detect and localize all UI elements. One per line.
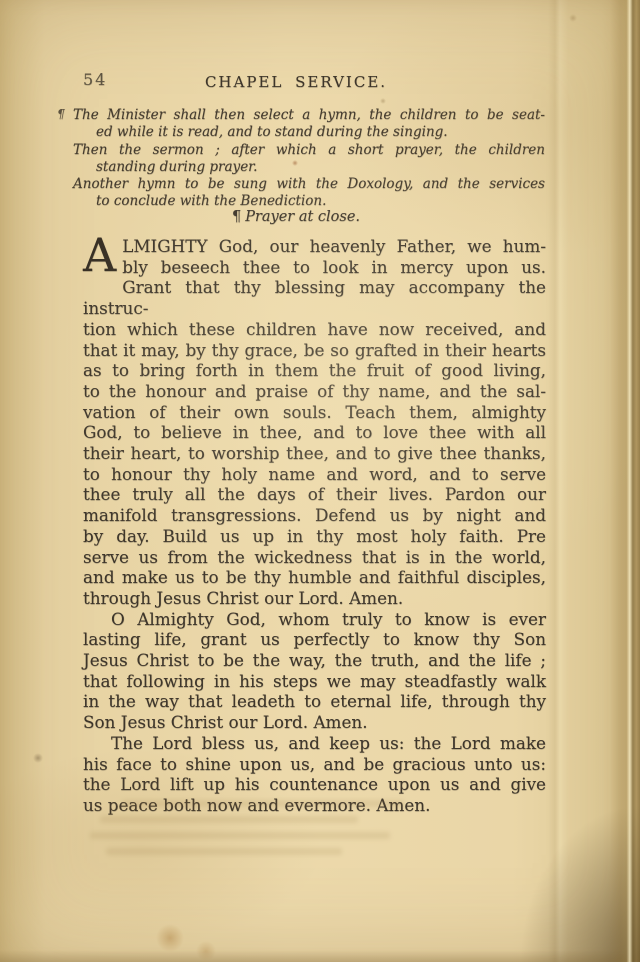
text-line: their heart, to worship thee, and to giv… bbox=[83, 443, 546, 464]
text-line: serve us from the wickedness that is in … bbox=[83, 547, 546, 568]
text-line: the Lord lift up his countenance upon us… bbox=[83, 774, 546, 795]
prayer-text-block: ALMIGHTY God, our heavenly Father, we hu… bbox=[83, 236, 546, 816]
text-line: O Almighty God, whom truly to know is ev… bbox=[83, 609, 546, 630]
text-line: through Jesus Christ our Lord. Amen. bbox=[83, 588, 546, 609]
running-header: CHAPEL SERVICE. bbox=[0, 73, 592, 91]
rubric-line: ¶The Minister shall then select a hymn, … bbox=[57, 107, 545, 124]
section-heading: ¶Prayer at close. bbox=[0, 209, 592, 225]
prayer-paragraph: O Almighty God, whom truly to know is ev… bbox=[83, 609, 546, 733]
text-line: us peace both now and evermore. Amen. bbox=[83, 795, 546, 816]
text-line: to honour thy holy name and word, and to… bbox=[83, 464, 546, 485]
text-line: Son Jesus Christ our Lord. Amen. bbox=[83, 712, 546, 733]
text-line: bly beseech thee to look in mercy upon u… bbox=[83, 257, 546, 278]
show-through-line bbox=[90, 832, 390, 839]
text-line: Jesus Christ to be the way, the truth, a… bbox=[83, 650, 546, 671]
text-line: vation of their own souls. Teach them, a… bbox=[83, 402, 546, 423]
text-line: and make us to be thy humble and faithfu… bbox=[83, 567, 546, 588]
pilcrow-glyph: ¶ bbox=[57, 106, 65, 123]
text-line: in the way that leadeth to eternal life,… bbox=[83, 691, 546, 712]
drop-cap: A bbox=[83, 236, 122, 278]
text-line: to the honour and praise of thy name, an… bbox=[83, 381, 546, 402]
rubric-line: Then the sermon ; after which a short pr… bbox=[57, 142, 545, 159]
section-heading-text: Prayer at close. bbox=[245, 209, 360, 225]
text-line: God, to believe in thee, and to love the… bbox=[83, 422, 546, 443]
show-through-line bbox=[106, 848, 342, 855]
dark-corner bbox=[510, 792, 640, 962]
rubric-line: standing during prayer. bbox=[57, 159, 545, 176]
text-line: his face to shine upon us, and be gracio… bbox=[83, 754, 546, 775]
page-bottom-edge bbox=[0, 950, 640, 962]
text-line: that following in his steps we may stead… bbox=[83, 671, 546, 692]
rubric-line: ed while it is read, and to stand during… bbox=[57, 124, 545, 141]
prayer-paragraph: The Lord bless us, and keep us: the Lord… bbox=[83, 733, 546, 816]
text-line: manifold transgressions. Defend us by ni… bbox=[83, 505, 546, 526]
text-line: LMIGHTY God, our heavenly Father, we hum… bbox=[83, 236, 546, 257]
book-page-edge bbox=[610, 0, 640, 962]
text-line: Grant that thy blessing may accompany th… bbox=[83, 277, 546, 318]
show-through-line bbox=[100, 816, 358, 823]
scanned-book-page: 54 CHAPEL SERVICE. ¶The Minister shall t… bbox=[0, 0, 640, 962]
page-crease bbox=[548, 0, 568, 962]
rubric-block: ¶The Minister shall then select a hymn, … bbox=[57, 107, 545, 211]
text-line: tion which these children have now recei… bbox=[83, 319, 546, 340]
text-line: lasting life, grant us perfectly to know… bbox=[83, 629, 546, 650]
pilcrow-glyph: ¶ bbox=[232, 209, 241, 225]
text-line: The Lord bless us, and keep us: the Lord… bbox=[83, 733, 546, 754]
text-line: by day. Build us up in thy most holy fai… bbox=[83, 526, 546, 547]
rubric-line: Another hymn to be sung with the Doxolog… bbox=[57, 176, 545, 193]
text-line: that it may, by thy grace, be so grafted… bbox=[83, 340, 546, 361]
text-line: as to bring forth in them the fruit of g… bbox=[83, 360, 546, 381]
prayer-paragraph: ALMIGHTY God, our heavenly Father, we hu… bbox=[83, 236, 546, 609]
text-line: thee truly all the days of their lives. … bbox=[83, 484, 546, 505]
